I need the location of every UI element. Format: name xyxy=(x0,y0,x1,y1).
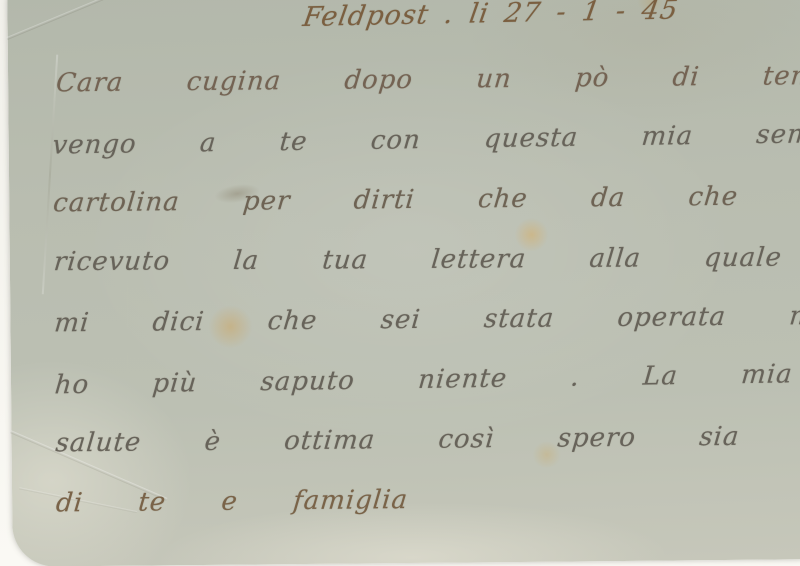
postcard-date-header: Feldpost . li 27 - 1 - 45 xyxy=(301,0,681,33)
handwritten-line: ricevuto la tua lettera alla quale xyxy=(52,243,783,277)
handwritten-line: ho più saputo niente . La mia xyxy=(53,359,794,400)
handwritten-line: cartolina per dirti che da che ho xyxy=(52,181,800,219)
handwritten-line: vengo a te con questa mia semplice xyxy=(51,118,800,160)
handwritten-line: di te e famiglia xyxy=(55,485,410,518)
scan-background: Feldpost . li 27 - 1 - 45 Cara cugina do… xyxy=(0,0,800,566)
handwritten-line: mi dici che sei stata operata non xyxy=(53,301,800,339)
handwritten-line: Cara cugina dopo un pò di tempo xyxy=(55,61,800,99)
postcard: Feldpost . li 27 - 1 - 45 Cara cugina do… xyxy=(7,0,800,566)
handwritten-line: salute è ottima così spero sia xyxy=(54,422,741,459)
paper-crease-top-left xyxy=(7,0,147,40)
